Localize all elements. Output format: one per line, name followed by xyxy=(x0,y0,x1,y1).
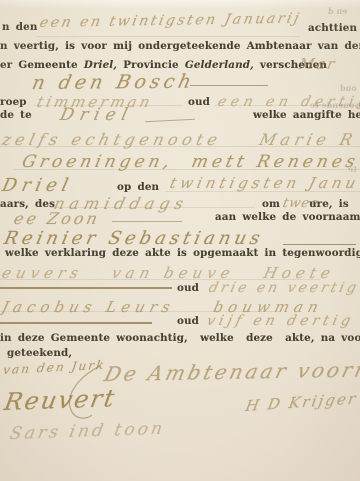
handwritten-residence: Driel xyxy=(58,105,135,125)
handwritten-child-name: Reinier Sebastianus xyxy=(2,228,266,249)
ruling-line xyxy=(0,146,360,147)
fill-dash xyxy=(190,85,268,86)
bleedthrough-fragment: wonende te xyxy=(310,100,360,110)
printed-oud-label-3: oud xyxy=(177,316,199,328)
printed-province-name: Gelderland, xyxy=(185,59,254,71)
handwritten-registration-date: een en twintigsten Januarij xyxy=(38,10,303,31)
printed-line1-prefix: n den xyxy=(2,22,37,34)
signature-extra: Sars ind toon xyxy=(8,419,167,444)
bleedthrough-fragment: oud xyxy=(340,83,357,93)
printed-opden-label: op den xyxy=(117,182,159,194)
handwritten-comparant-start: Mar xyxy=(297,55,338,73)
signature-witness: Reuvert xyxy=(2,384,118,416)
scanned-birth-record: n den een en twintigsten Januarij achtti… xyxy=(0,0,360,481)
printed-geteekend-label: geteekend, xyxy=(7,348,72,360)
printed-aangifte-label: welke aangifte heeft xyxy=(253,110,360,122)
handwritten-birthdate: twintigsten Janu xyxy=(168,174,360,192)
handwritten-witness2-age: vijf en dertig xyxy=(205,313,356,329)
printed-gemeente-name: Driel, xyxy=(84,59,117,71)
handwritten-child-sex: ee Zoon xyxy=(12,209,102,228)
signature-official-title: De Ambtenaar voorn xyxy=(102,357,360,386)
bleedthrough-fragment: en d xyxy=(328,6,347,16)
signature-official: H D Krijger xyxy=(244,389,359,415)
ruling-line xyxy=(165,191,360,192)
handwritten-comparant-surname: n den Bosch xyxy=(30,71,197,94)
printed-line3-mid: Provincie xyxy=(117,59,185,71)
printed-wonende-te-label: de te xyxy=(0,110,32,122)
printed-ure-label: ure, is xyxy=(309,199,349,211)
printed-line13: welke verklaring deze akte is opgemaakt … xyxy=(5,248,360,260)
printed-beroep-label: roep xyxy=(0,97,27,109)
printed-line18: in deze Gemeente woonachtig, welke deze … xyxy=(0,333,360,345)
ruling-line xyxy=(50,207,255,208)
printed-line1-suffix: achttien h xyxy=(308,23,360,35)
printed-line2: n veertig, is voor mij ondergeteekende A… xyxy=(0,41,360,53)
handwritten-witness1-age: drie en veertig xyxy=(207,280,360,296)
bleedthrough-fragment: te xyxy=(348,164,357,174)
printed-oud-label-2: oud xyxy=(177,283,199,295)
fill-rule xyxy=(0,322,152,324)
printed-oud-label-1: oud xyxy=(188,97,210,109)
fill-dash xyxy=(283,244,356,245)
fill-dash xyxy=(145,119,195,123)
printed-line3-pre: er Gemeente xyxy=(0,59,84,71)
ruling-line xyxy=(14,169,360,170)
fill-dash xyxy=(112,221,182,222)
printed-voornaam-label: aan welke de voornaam is xyxy=(215,212,360,224)
ruling-line xyxy=(36,36,300,37)
scan-edge-highlight xyxy=(0,0,360,9)
printed-om-label: om xyxy=(262,199,280,211)
ruling-line xyxy=(0,311,280,312)
handwritten-birthplace: Driel xyxy=(0,175,75,196)
fill-rule xyxy=(0,287,172,289)
